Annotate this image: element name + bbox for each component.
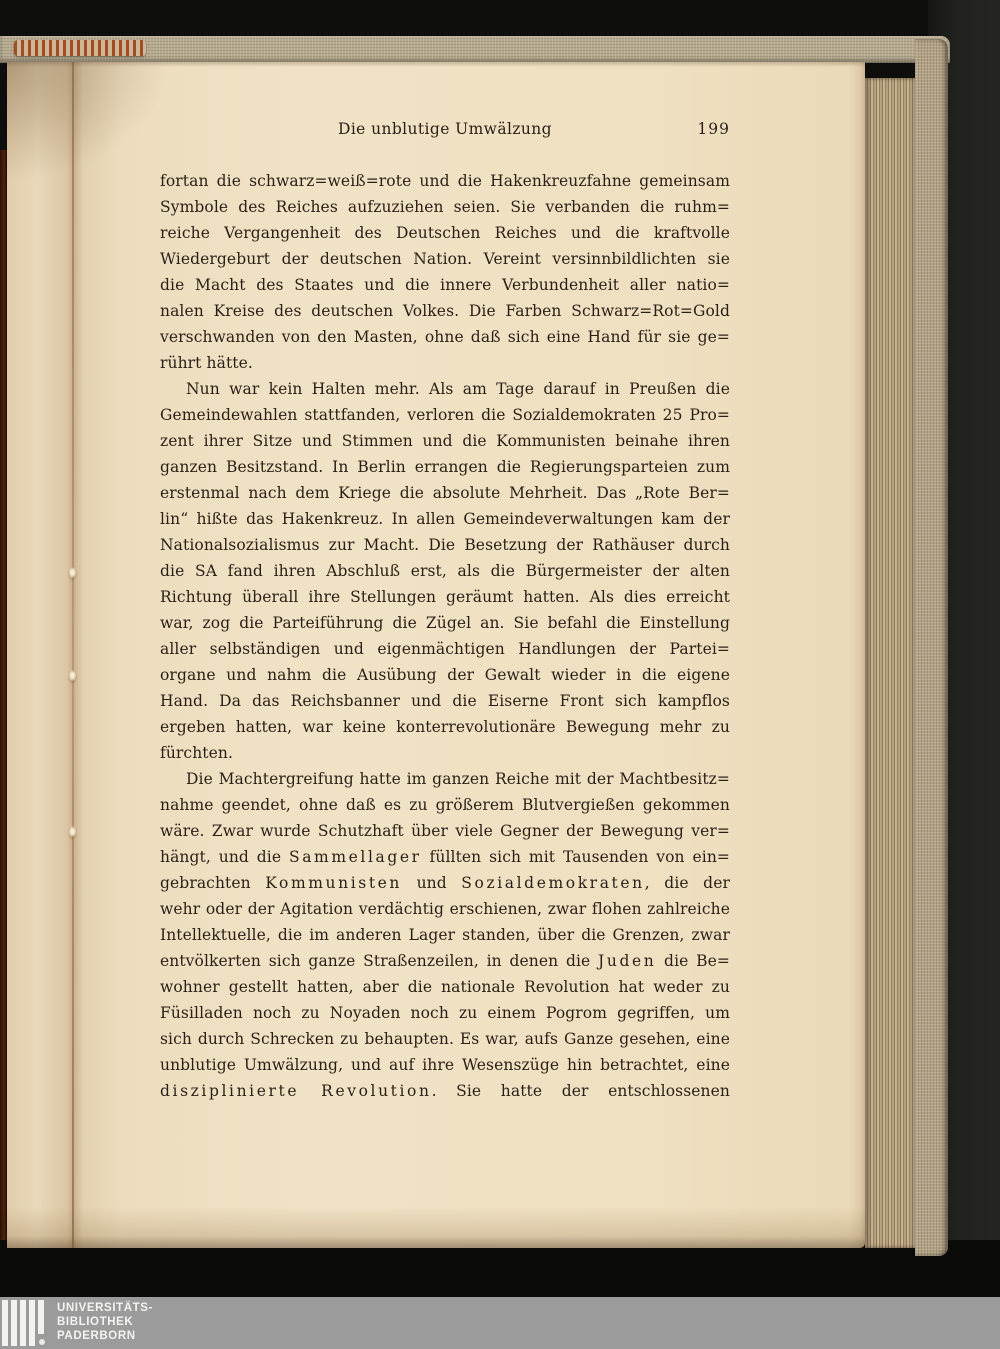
text-segment: Nun war kein Halten mehr. Als am Tage da… <box>186 380 730 398</box>
text-segment: nalen Kreise des deutschen Volkes. Die F… <box>160 302 730 320</box>
text-segment: Symbole des Reiches aufzuziehen seien. S… <box>160 198 730 216</box>
text-line: war, zog die Parteiführung die Zügel an.… <box>160 610 730 636</box>
text-line: erstenmal nach dem Kriege die absolute M… <box>160 480 730 506</box>
book-cover-top-edge <box>0 36 950 63</box>
text-segment: die Be= <box>656 952 730 970</box>
text-line: entvölkerten sich ganze Straßenzeilen, i… <box>160 948 730 974</box>
text-line: Die Machtergreifung hatte im ganzen Reic… <box>160 766 730 792</box>
paragraph: Nun war kein Halten mehr. Als am Tage da… <box>160 376 730 766</box>
text-segment: wäre. Zwar wurde Schutzhaft über viele G… <box>160 822 730 840</box>
paragraph: fortan die schwarz=weiß=rote und die Hak… <box>160 168 730 376</box>
text-line: nalen Kreise des deutschen Volkes. Die F… <box>160 298 730 324</box>
book-cover-right-edge <box>915 39 948 1256</box>
logo-bar <box>20 1300 26 1346</box>
running-title: Die unblutige Umwälzung <box>160 120 730 138</box>
text-line: wäre. Zwar wurde Schutzhaft über viele G… <box>160 818 730 844</box>
text-line: Nationalsozialismus zur Macht. Die Beset… <box>160 532 730 558</box>
text-segment: die Macht des Staates und die innere Ver… <box>160 276 730 294</box>
text-segment: Richtung überall ihre Stellungen geräumt… <box>160 588 730 606</box>
text-segment: wohner gestellt hatten, aber die nationa… <box>160 978 730 996</box>
text-line: wehr oder der Agitation verdächtig ersch… <box>160 896 730 922</box>
text-line: Wiedergeburt der deutschen Nation. Verei… <box>160 246 730 272</box>
text-line: rührt hätte. <box>160 350 730 376</box>
text-segment: fürchten. <box>160 744 233 762</box>
sewing-hole <box>69 826 76 837</box>
page-number: 199 <box>697 120 730 138</box>
text-line: fortan die schwarz=weiß=rote und die Hak… <box>160 168 730 194</box>
text-segment: zent ihrer Sitze und Stimmen und die Kom… <box>160 432 730 450</box>
emphasized-text: Sammellager <box>289 848 422 866</box>
text-segment: erstenmal nach dem Kriege die absolute M… <box>160 484 730 502</box>
text-segment: reiche Vergangenheit des Deutschen Reich… <box>160 224 730 242</box>
text-segment: füllten sich mit Tausenden von ein= <box>422 848 730 866</box>
text-line: Richtung überall ihre Stellungen geräumt… <box>160 584 730 610</box>
text-segment: nahme geendet, ohne daß es zu größerem B… <box>160 796 730 814</box>
text-segment: Gemeindewahlen stattfanden, verloren die… <box>160 406 730 424</box>
text-segment: war, zog die Parteiführung die Zügel an.… <box>160 614 730 632</box>
text-line: reiche Vergangenheit des Deutschen Reich… <box>160 220 730 246</box>
emphasized-text: Sozialdemokraten <box>461 874 644 892</box>
logo-dot <box>39 1339 45 1345</box>
text-segment: Füsilladen noch zu Noyaden noch zu einem… <box>160 1004 730 1022</box>
text-segment: fortan die schwarz=weiß=rote und die Hak… <box>160 172 730 194</box>
text-segment: Intellektuelle, die im anderen Lager sta… <box>160 926 730 944</box>
text-line: gebrachten Kommunisten und Sozialdemokra… <box>160 870 730 896</box>
text-segment: entvölkerten sich ganze Straßenzeilen, i… <box>160 952 598 970</box>
text-segment: rührt hätte. <box>160 354 253 372</box>
text-line: wohner gestellt hatten, aber die nationa… <box>160 974 730 1000</box>
watermark-text: UNIVERSITÄTS- BIBLIOTHEK PADERBORN <box>57 1301 153 1343</box>
text-line: die SA fand ihren Abschluß erst, als die… <box>160 558 730 584</box>
text-line: Gemeindewahlen stattfanden, verloren die… <box>160 402 730 428</box>
text-line: sich durch Schrecken zu behaupten. Es wa… <box>160 1026 730 1052</box>
text-segment: Nationalsozialismus zur Macht. Die Beset… <box>160 536 730 554</box>
logo-bar <box>2 1300 8 1346</box>
text-segment: organe und nahm die Ausübung der Gewalt … <box>160 666 730 684</box>
text-segment: aller selbständigen und eigenmächtigen H… <box>160 640 730 658</box>
text-line: disziplinierte Revolution. Sie hatte der… <box>160 1078 730 1104</box>
sewing-hole <box>69 670 76 681</box>
text-line: Füsilladen noch zu Noyaden noch zu einem… <box>160 1000 730 1026</box>
text-line: Hand. Da das Reichsbanner und die Eisern… <box>160 688 730 714</box>
page-block-fore-edge <box>865 78 916 1248</box>
text-line: Intellektuelle, die im anderen Lager sta… <box>160 922 730 948</box>
text-segment: ergeben hatten, war keine konterrevoluti… <box>160 718 730 736</box>
text-segment: Hand. Da das Reichsbanner und die Eisern… <box>160 692 730 710</box>
text-segment: hängt, und die <box>160 848 289 866</box>
text-line: aller selbständigen und eigenmächtigen H… <box>160 636 730 662</box>
text-line: zent ihrer Sitze und Stimmen und die Kom… <box>160 428 730 454</box>
logo-bar <box>38 1300 44 1334</box>
logo-bar <box>11 1300 17 1346</box>
text-segment: ganzen Besitzstand. In Berlin errangen d… <box>160 458 730 476</box>
text-line: Symbole des Reiches aufzuziehen seien. S… <box>160 194 730 220</box>
text-segment: die SA fand ihren Abschluß erst, als die… <box>160 562 730 580</box>
text-segment: Wiedergeburt der deutschen Nation. Verei… <box>160 250 730 268</box>
emphasized-text: disziplinierte Revolution <box>160 1082 432 1100</box>
watermark-line: PADERBORN <box>57 1329 153 1343</box>
sewing-hole <box>69 567 76 578</box>
text-line: nahme geendet, ohne daß es zu größerem B… <box>160 792 730 818</box>
book-photo: Die unblutige Umwälzung 199 fortan die s… <box>0 0 1000 1349</box>
text-line: lin“ hißte das Hakenkreuz. In allen Geme… <box>160 506 730 532</box>
text-segment: wehr oder der Agitation verdächtig ersch… <box>160 900 730 918</box>
text-segment: sich durch Schrecken zu behaupten. Es wa… <box>160 1030 730 1048</box>
paragraph: Die Machtergreifung hatte im ganzen Reic… <box>160 766 730 1104</box>
watermark-line: BIBLIOTHEK <box>57 1315 153 1329</box>
logo-bar <box>29 1300 35 1346</box>
text-segment: verschwanden von den Masten, ohne daß si… <box>160 328 730 346</box>
text-segment: lin“ hißte das Hakenkreuz. In allen Geme… <box>160 510 730 528</box>
text-segment: und <box>402 874 461 892</box>
text-line: organe und nahm die Ausübung der Gewalt … <box>160 662 730 688</box>
text-line: fürchten. <box>160 740 730 766</box>
watermark-band: UNIVERSITÄTS- BIBLIOTHEK PADERBORN <box>0 1297 1000 1349</box>
text-line: hängt, und die Sammellager füllten sich … <box>160 844 730 870</box>
text-line: ergeben hatten, war keine konterrevoluti… <box>160 714 730 740</box>
text-line: unblutige Umwälzung, und auf ihre Wesens… <box>160 1052 730 1078</box>
text-line: Nun war kein Halten mehr. Als am Tage da… <box>160 376 730 402</box>
library-logo-icon <box>2 1300 52 1348</box>
headband <box>14 40 146 56</box>
text-block: fortan die schwarz=weiß=rote und die Hak… <box>160 168 730 1104</box>
text-line: verschwanden von den Masten, ohne daß si… <box>160 324 730 350</box>
book-cover-left-edge <box>0 150 7 1240</box>
text-line: ganzen Besitzstand. In Berlin errangen d… <box>160 454 730 480</box>
emphasized-text: Juden <box>598 952 656 970</box>
gutter-fold <box>72 62 74 1248</box>
emphasized-text: Kommunisten <box>265 874 402 892</box>
page-header: Die unblutige Umwälzung 199 <box>160 120 730 142</box>
text-segment: unblutige Umwälzung, und auf ihre Wesens… <box>160 1056 730 1074</box>
text-segment: gebrachten <box>160 874 265 892</box>
text-line: die Macht des Staates und die innere Ver… <box>160 272 730 298</box>
open-book-page: Die unblutige Umwälzung 199 fortan die s… <box>7 62 865 1248</box>
watermark-line: UNIVERSITÄTS- <box>57 1301 153 1315</box>
text-segment: Die Machtergreifung hatte im ganzen Reic… <box>186 770 730 788</box>
